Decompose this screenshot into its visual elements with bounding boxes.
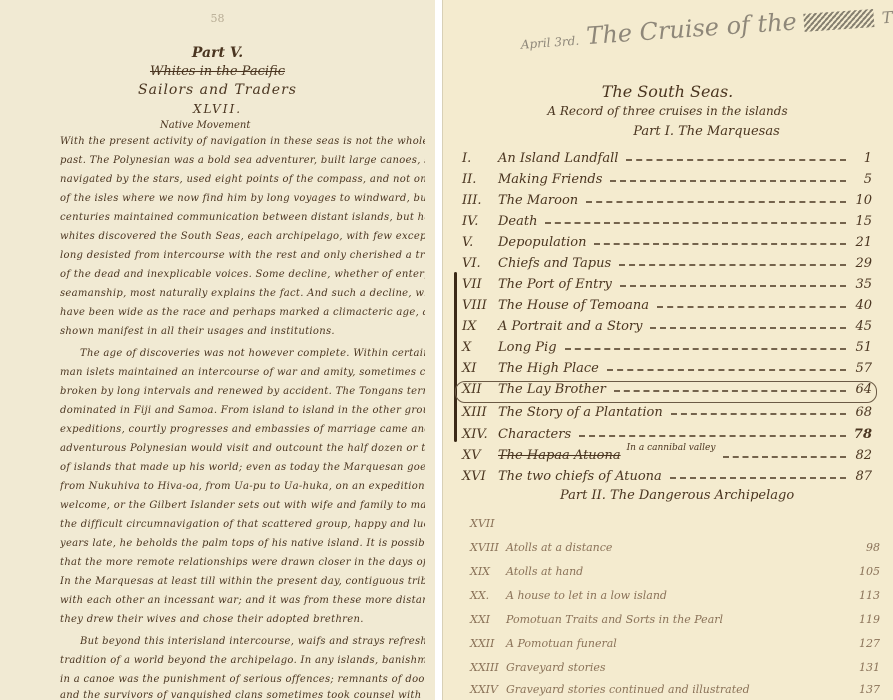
chapter-num: V. <box>462 235 496 250</box>
chapter-num: XIII <box>462 405 496 420</box>
body-line: expeditions, courtly progresses and emba… <box>60 424 425 436</box>
body-line: of the dead and inexplicable voices. Som… <box>60 269 425 281</box>
toc-row: IXA Portrait and a Story45 <box>462 314 872 334</box>
pencil-date: April 3rd. <box>520 34 579 52</box>
chapter-number: XLVII. <box>0 102 435 116</box>
chapter-title: Depopulation <box>496 235 586 250</box>
body-line: with each other an incessant war; and it… <box>60 595 425 607</box>
toc-row: III.The Maroon10 <box>462 188 872 208</box>
toc-row: XVII <box>470 510 880 530</box>
dot-leader <box>594 243 846 245</box>
chapter-insertion: In a cannibal valley <box>627 443 716 453</box>
chapter-page: 21 <box>852 235 872 250</box>
dot-leader <box>610 180 846 182</box>
chapter-page: 105 <box>859 565 880 578</box>
chapter-num: XXII <box>470 637 504 650</box>
part-two-heading: Part II. The Dangerous Archipelago <box>560 488 893 503</box>
toc-row: XLong Pig51 <box>462 335 872 355</box>
toc-row: II.Making Friends5 <box>462 167 872 187</box>
chapter-num: XII <box>462 382 496 397</box>
chapter-title: A Pomotuan funeral <box>504 637 617 650</box>
body-line: they drew their wives and chose their ad… <box>60 614 425 626</box>
chapter-num: XIV. <box>462 427 496 442</box>
chapter-num: XI <box>462 361 496 376</box>
chapter-title: The High Place <box>496 361 599 376</box>
chapter-title: Making Friends <box>496 172 602 187</box>
chapter-page: 131 <box>859 661 880 674</box>
chapter-title: The Lay Brother <box>496 382 606 397</box>
toc-row: XIIIThe Story of a Plantation68 <box>462 400 872 420</box>
book-subtitle: A Record of three cruises in the islands <box>442 104 893 118</box>
body-line: past. The Polynesian was a bold sea adve… <box>60 155 425 167</box>
body-line: But beyond this interisland intercourse,… <box>80 636 425 648</box>
toc-row: V.Depopulation21 <box>462 230 872 250</box>
chapter-num: XIX <box>470 565 504 578</box>
body-line: In the Marquesas at least till within th… <box>60 576 425 588</box>
chapter-page: 82 <box>852 448 872 463</box>
chapter-title: The Hapaa Atuona <box>496 448 621 463</box>
body-line: long desisted from intercourse with the … <box>60 250 425 262</box>
chapter-page: 40 <box>852 298 872 313</box>
body-line: centuries maintained communication betwe… <box>60 212 425 224</box>
chapter-title: The House of Temoana <box>496 298 649 313</box>
toc-row: XVThe Hapaa AtuonaIn a cannibal valley82 <box>462 443 872 463</box>
chapter-page: 137 <box>859 683 880 696</box>
toc-row: XVIIIAtolls at a distance98 <box>470 534 880 554</box>
chapter-page: 119 <box>859 613 880 626</box>
chapter-page: 5 <box>852 172 872 187</box>
chapter-title: Graveyard stories <box>504 661 606 674</box>
body-line: of the isles where we now find him by lo… <box>60 193 425 205</box>
chapter-page: 45 <box>852 319 872 334</box>
toc-row: XIIThe Lay Brother64 <box>462 377 872 397</box>
chapter-title: A house to let in a low island <box>504 589 667 602</box>
body-line: broken by long intervals and renewed by … <box>60 386 425 398</box>
margin-bracket <box>454 272 457 442</box>
toc-row: XXIVGraveyard stories continued and illu… <box>470 676 880 696</box>
dot-leader <box>650 327 846 329</box>
chapter-page: 57 <box>852 361 872 376</box>
body-line: whites discovered the South Seas, each a… <box>60 231 425 243</box>
chapter-num: VII <box>462 277 496 292</box>
chapter-num: XXIII <box>470 661 504 674</box>
chapter-num: X <box>462 340 496 355</box>
body-line: man islets maintained an intercourse of … <box>60 367 425 379</box>
chapter-page: 35 <box>852 277 872 292</box>
chapter-title: Chiefs and Tapus <box>496 256 611 271</box>
toc-row: XIThe High Place57 <box>462 356 872 376</box>
body-line: in a canoe was the punishment of serious… <box>60 674 425 686</box>
chapter-page: 10 <box>852 193 872 208</box>
dot-leader <box>586 201 846 203</box>
body-line: from Nukuhiva to Hiva-oa, from Ua-pu to … <box>60 481 425 493</box>
toc-row: VIIIThe House of Temoana40 <box>462 293 872 313</box>
chapter-num: II. <box>462 172 496 187</box>
dot-leader <box>670 477 846 479</box>
dot-leader <box>579 435 846 437</box>
dot-leader <box>657 306 846 308</box>
chapter-num: XVI <box>462 469 496 484</box>
body-line: the difficult circumnavigation of that s… <box>60 519 425 531</box>
chapter-page: 113 <box>859 589 880 602</box>
chapter-page: 1 <box>852 151 872 166</box>
toc-row: XIV.Characters78 <box>462 422 872 442</box>
dot-leader <box>723 456 846 458</box>
toc-row: XXIIA Pomotuan funeral127 <box>470 630 880 650</box>
chapter-num: I. <box>462 151 496 166</box>
chapter-num: VIII <box>462 298 496 313</box>
toc-row: IV.Death15 <box>462 209 872 229</box>
chapter-title: A Portrait and a Story <box>496 319 642 334</box>
chapter-num: III. <box>462 193 496 208</box>
chapter-num: XXI <box>470 613 504 626</box>
chapter-title: The Port of Entry <box>496 277 612 292</box>
chapter-title: Pomotuan Traits and Sorts in the Pearl <box>504 613 723 626</box>
chapter-num: VI. <box>462 256 496 271</box>
chapter-title: The Story of a Plantation <box>496 405 663 420</box>
toc-row: VI.Chiefs and Tapus29 <box>462 251 872 271</box>
body-line: that the more remote relationships were … <box>60 557 425 569</box>
body-line: have been wide as the race and perhaps m… <box>60 307 425 319</box>
chapter-page: 64 <box>852 382 872 397</box>
chapter-page: 127 <box>859 637 880 650</box>
chapter-page: 87 <box>852 469 872 484</box>
chapter-title: Graveyard stories continued and illustra… <box>504 683 750 696</box>
chapter-page: 68 <box>852 405 872 420</box>
part-one-heading: Part I. The Marquesas <box>520 124 893 139</box>
left-manuscript-page: 58 Part V. Whites in the Pacific Sailors… <box>0 0 435 700</box>
dot-leader <box>565 348 846 350</box>
body-line: welcome, or the Gilbert Islander sets ou… <box>60 500 425 512</box>
body-line: dominated in Fiji and Samoa. From island… <box>60 405 425 417</box>
scribbled-out-word <box>804 9 875 32</box>
toc-row: VIIThe Port of Entry35 <box>462 272 872 292</box>
dot-leader <box>619 264 846 266</box>
body-line: of islands that made up his world; even … <box>60 462 425 474</box>
chapter-num: XX. <box>470 589 504 602</box>
body-line: seamanship, most naturally explains the … <box>60 288 425 300</box>
chapter-num: IV. <box>462 214 496 229</box>
body-line: shown manifest in all their usages and i… <box>60 326 425 338</box>
dot-leader <box>614 390 846 392</box>
toc-row: XXIPomotuan Traits and Sorts in the Pear… <box>470 606 880 626</box>
chapter-page: 98 <box>860 541 880 554</box>
dot-leader <box>671 413 846 415</box>
chapter-title: Atolls at a distance <box>504 541 612 554</box>
chapter-num: XXIV <box>470 683 504 696</box>
chapter-num: XVIII <box>470 541 504 554</box>
chapter-num: XV <box>462 448 496 463</box>
struck-title: Whites in the Pacific <box>0 64 435 79</box>
body-line: years late, he beholds the palm tops of … <box>60 538 425 550</box>
pencil-title-end: Travels <box>881 4 893 27</box>
chapter-page: 51 <box>852 340 872 355</box>
chapter-title: Atolls at hand <box>504 565 583 578</box>
chapter-title: Death <box>496 214 537 229</box>
page-number: 58 <box>0 12 435 25</box>
dot-leader <box>545 222 846 224</box>
body-line: With the present activity of navigation … <box>60 136 425 148</box>
toc-row: XX.A house to let in a low island113 <box>470 582 880 602</box>
chapter-title: Long Pig <box>496 340 557 355</box>
toc-row: XVIThe two chiefs of Atuona87 <box>462 464 872 484</box>
chapter-page: 78 <box>852 427 872 442</box>
dot-leader <box>607 369 846 371</box>
body-line: The age of discoveries was not however c… <box>80 348 425 360</box>
toc-row: XIXAtolls at hand105 <box>470 558 880 578</box>
toc-row: XXIIIGraveyard stories131 <box>470 654 880 674</box>
dot-leader <box>620 285 846 287</box>
section-title: Sailors and Traders <box>0 82 435 98</box>
chapter-title: Characters <box>496 427 571 442</box>
book-title: The South Seas. <box>442 82 893 101</box>
body-line: tradition of a world beyond the archipel… <box>60 655 425 667</box>
chapter-title: The two chiefs of Atuona <box>496 469 662 484</box>
chapter-subtitle: Native Movement <box>160 120 250 131</box>
dot-leader <box>626 159 846 161</box>
chapter-num: XVII <box>470 517 504 530</box>
body-line: navigated by the stars, used eight point… <box>60 174 425 186</box>
chapter-num: IX <box>462 319 496 334</box>
toc-row: I.An Island Landfall1 <box>462 146 872 166</box>
chapter-page: 15 <box>852 214 872 229</box>
page-divider <box>435 0 442 700</box>
body-line: and the survivors of vanquished clans so… <box>60 690 425 700</box>
body-line: adventurous Polynesian would visit and o… <box>60 443 425 455</box>
chapter-title: An Island Landfall <box>496 151 618 166</box>
chapter-page: 29 <box>852 256 872 271</box>
part-heading: Part V. <box>0 45 435 61</box>
chapter-title: The Maroon <box>496 193 578 208</box>
